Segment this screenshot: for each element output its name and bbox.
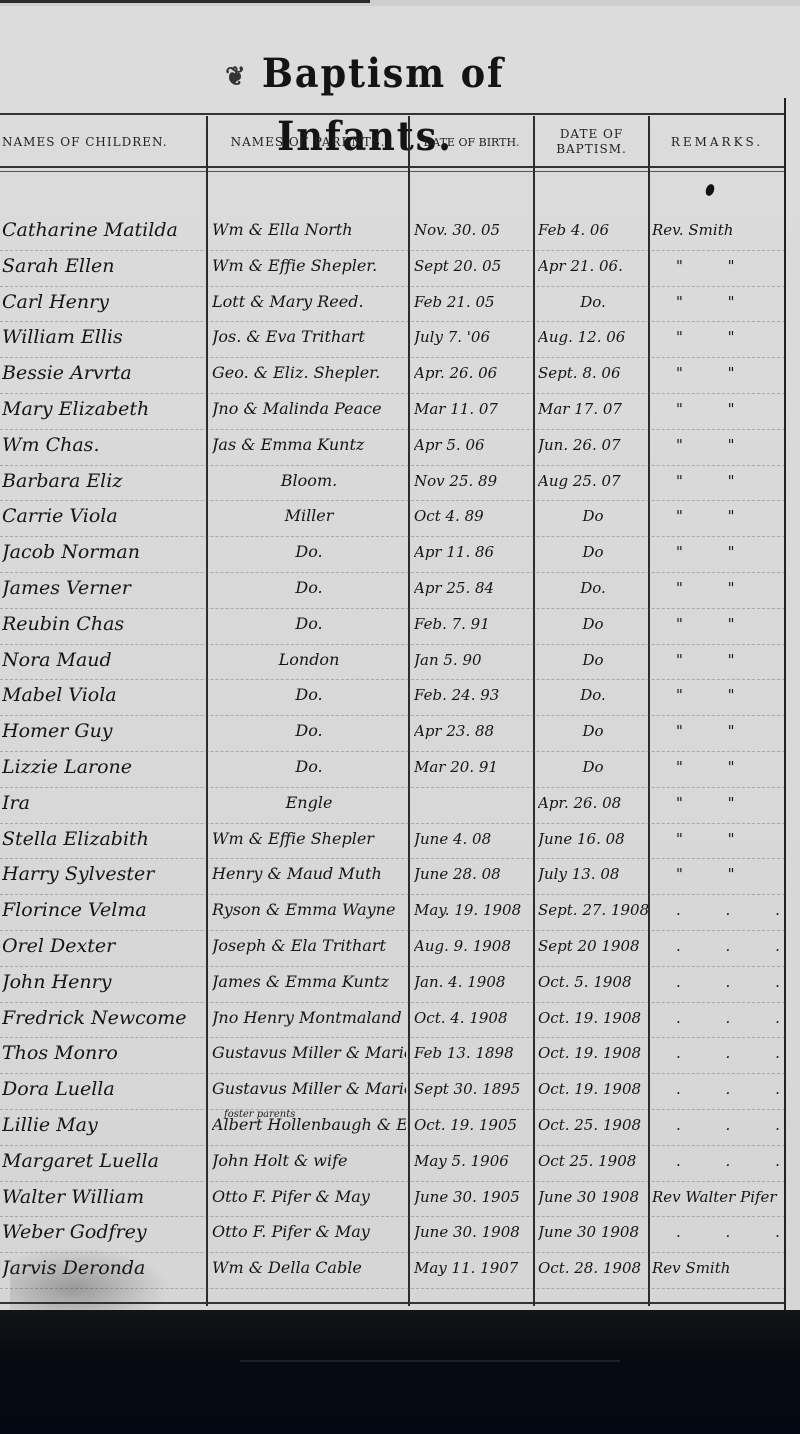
- remarks: " ": [652, 680, 800, 714]
- table-row: Lizzie LaroneDo.Mar 20. 91Do" ": [0, 752, 785, 788]
- table-row: Reubin ChasDo.Feb. 7. 91Do" ": [0, 609, 785, 645]
- child-name: Margaret Luella: [2, 1146, 206, 1180]
- baptism-date: June 30 1908: [538, 1217, 648, 1251]
- scan-smudge: [10, 1246, 170, 1316]
- parents-name: Wm & Effie Shepler: [212, 824, 406, 858]
- baptism-date: Jun. 26. 07: [538, 430, 648, 464]
- birth-date: Oct. 4. 1908: [414, 1003, 532, 1037]
- table-row: Lillie MayAlbert Hollenbaugh & EffieOct.…: [0, 1110, 785, 1146]
- child-name: Mabel Viola: [2, 680, 206, 714]
- baptism-date: Apr. 26. 08: [538, 788, 648, 822]
- birth-date: Apr 25. 84: [414, 573, 532, 607]
- parents-name: Gustavus Miller & Marie: [212, 1074, 406, 1108]
- table-row: John HenryJames & Emma KuntzJan. 4. 1908…: [0, 967, 785, 1003]
- birth-date: Feb. 24. 93: [414, 680, 532, 714]
- baptism-date: Sept. 8. 06: [538, 358, 648, 392]
- birth-date: Oct 4. 89: [414, 501, 532, 535]
- birth-date: Nov. 30. 05: [414, 215, 532, 249]
- birth-date: May 5. 1906: [414, 1146, 532, 1180]
- baptism-date: Oct. 28. 1908: [538, 1253, 648, 1287]
- foster-parents-note: foster parents: [224, 1110, 295, 1120]
- parents-name: Jno Henry Montmaland: [212, 1003, 406, 1037]
- parents-name: James & Emma Kuntz: [212, 967, 406, 1001]
- table-row: Mary ElizabethJno & Malinda PeaceMar 11.…: [0, 394, 785, 430]
- parents-name: Lott & Mary Reed.: [212, 287, 406, 321]
- baptism-date: Mar 17. 07: [538, 394, 648, 428]
- parents-name: Henry & Maud Muth: [212, 859, 406, 893]
- page-title: ❦ Baptism of Infants.: [149, 44, 581, 104]
- parents-name: Do.: [212, 716, 406, 750]
- remarks: Rev Smith: [652, 1253, 784, 1287]
- table-row: Thos MonroGustavus Miller & MarieFeb 13.…: [0, 1038, 785, 1074]
- birth-date: Sept 20. 05: [414, 251, 532, 285]
- birth-date: July 7. '06: [414, 322, 532, 356]
- ornament-icon: ❦: [225, 62, 247, 92]
- baptism-date: Do: [538, 716, 648, 750]
- parents-name: Otto F. Pifer & May: [212, 1182, 406, 1216]
- table-row: Wm Chas.Jas & Emma KuntzApr 5. 06Jun. 26…: [0, 430, 785, 466]
- remarks: . . . .: [652, 1074, 800, 1108]
- baptism-date: Oct. 25. 1908: [538, 1110, 648, 1144]
- table-row: Margaret LuellaJohn Holt & wifeMay 5. 19…: [0, 1146, 785, 1182]
- remarks: " ": [652, 645, 800, 679]
- register-page: ❦ Baptism of Infants. NAMES OF CHILDREN.…: [0, 6, 800, 1311]
- remarks: " ": [652, 537, 800, 571]
- baptism-date: Do: [538, 609, 648, 643]
- child-name: Walter William: [2, 1182, 206, 1216]
- birth-date: [414, 788, 532, 822]
- baptism-date: June 30 1908: [538, 1182, 648, 1216]
- remarks: " ": [652, 251, 800, 285]
- remarks: " ": [652, 394, 800, 428]
- birth-date: June 30. 1908: [414, 1217, 532, 1251]
- child-name: Reubin Chas: [2, 609, 206, 643]
- child-name: Stella Elizabith: [2, 824, 206, 858]
- remarks: " ": [652, 287, 800, 321]
- parents-name: Jas & Emma Kuntz: [212, 430, 406, 464]
- remarks: . . . .: [652, 1038, 800, 1072]
- table-row: Harry SylvesterHenry & Maud MuthJune 28.…: [0, 859, 785, 895]
- table-row: Nora MaudLondonJan 5. 90Do" ": [0, 645, 785, 681]
- header-rule-bottom-thin: [0, 171, 785, 172]
- table-row: IraEngleApr. 26. 08" ": [0, 788, 785, 824]
- parents-name: Do.: [212, 752, 406, 786]
- column-header-baptism: DATE OF BAPTISM.: [535, 118, 648, 166]
- child-name: Thos Monro: [2, 1038, 206, 1072]
- baptism-date: Apr 21. 06.: [538, 251, 648, 285]
- header-rule-bottom: [0, 166, 785, 168]
- parents-name: Ryson & Emma Wayne: [212, 895, 406, 929]
- table-row: Walter WilliamOtto F. Pifer & MayJune 30…: [0, 1182, 785, 1218]
- birth-date: Feb 21. 05: [414, 287, 532, 321]
- parents-name: Wm & Effie Shepler.: [212, 251, 406, 285]
- parents-name: Jno & Malinda Peace: [212, 394, 406, 428]
- parents-name: Engle: [212, 788, 406, 822]
- column-header-remarks: REMARKS.: [650, 118, 784, 166]
- birth-date: Feb 13. 1898: [414, 1038, 532, 1072]
- birth-date: Jan 5. 90: [414, 645, 532, 679]
- remarks: " ": [652, 430, 800, 464]
- child-name: Homer Guy: [2, 716, 206, 750]
- remarks: " ": [652, 788, 800, 822]
- child-name: Wm Chas.: [2, 430, 206, 464]
- baptism-date: Do.: [538, 287, 648, 321]
- table-row: William EllisJos. & Eva TrithartJuly 7. …: [0, 322, 785, 358]
- birth-date: Feb. 7. 91: [414, 609, 532, 643]
- baptism-date: July 13. 08: [538, 859, 648, 893]
- header-rule-top: [0, 113, 785, 115]
- table-row: Orel DexterJoseph & Ela TrithartAug. 9. …: [0, 931, 785, 967]
- baptism-date: Do: [538, 537, 648, 571]
- remarks: Rev Walter Pifer: [652, 1182, 784, 1216]
- birth-date: June 28. 08: [414, 859, 532, 893]
- table-row: Carrie ViolaMillerOct 4. 89Do" ": [0, 501, 785, 537]
- remarks: " ": [652, 609, 800, 643]
- child-name: Lillie May: [2, 1110, 206, 1144]
- parents-name: Joseph & Ela Trithart: [212, 931, 406, 965]
- child-name: Nora Maud: [2, 645, 206, 679]
- parents-name: London: [212, 645, 406, 679]
- remarks: . . . .: [652, 1110, 800, 1144]
- birth-date: Apr. 26. 06: [414, 358, 532, 392]
- child-name: William Ellis: [2, 322, 206, 356]
- birth-date: Mar 11. 07: [414, 394, 532, 428]
- column-header-birth: DATE OF BIRTH.: [410, 118, 533, 166]
- parents-name: Miller: [212, 501, 406, 535]
- child-name: Mary Elizabeth: [2, 394, 206, 428]
- table-row: Bessie ArvrtaGeo. & Eliz. Shepler.Apr. 2…: [0, 358, 785, 394]
- remarks: . . . .: [652, 967, 800, 1001]
- baptism-date: Aug 25. 07: [538, 466, 648, 500]
- table-row: Fredrick NewcomeJno Henry MontmalandOct.…: [0, 1003, 785, 1039]
- baptism-date: Do: [538, 501, 648, 535]
- register-entries: Catharine MatildaWm & Ella NorthNov. 30.…: [0, 215, 785, 1289]
- birth-date: Apr 23. 88: [414, 716, 532, 750]
- table-row: Catharine MatildaWm & Ella NorthNov. 30.…: [0, 215, 785, 251]
- child-name: Fredrick Newcome: [2, 1003, 206, 1037]
- column-header-baptism-text: DATE OF BAPTISM.: [552, 127, 632, 157]
- baptism-date: Do: [538, 752, 648, 786]
- parents-name: Otto F. Pifer & May: [212, 1217, 406, 1251]
- child-name: Ira: [2, 788, 206, 822]
- birth-date: Mar 20. 91: [414, 752, 532, 786]
- table-row: Dora LuellaGustavus Miller & MarieSept 3…: [0, 1074, 785, 1110]
- column-header-parents: NAMES OF PARENTS.: [208, 118, 408, 166]
- remarks: . . . .: [652, 931, 800, 965]
- child-name: Sarah Ellen: [2, 251, 206, 285]
- birth-date: May 11. 1907: [414, 1253, 532, 1287]
- baptism-date: Oct. 19. 1908: [538, 1003, 648, 1037]
- parents-name: Wm & Della Cable: [212, 1253, 406, 1287]
- baptism-date: Oct. 19. 1908: [538, 1038, 648, 1072]
- baptism-date: Do: [538, 645, 648, 679]
- birth-date: Jan. 4. 1908: [414, 967, 532, 1001]
- child-name: John Henry: [2, 967, 206, 1001]
- baptism-date: Do.: [538, 680, 648, 714]
- table-row: Barbara ElizBloom.Nov 25. 89Aug 25. 07" …: [0, 466, 785, 502]
- child-name: Carl Henry: [2, 287, 206, 321]
- baptism-date: Sept. 27. 1908: [538, 895, 648, 929]
- baptism-date: Oct 25. 1908: [538, 1146, 648, 1180]
- birth-date: June 4. 08: [414, 824, 532, 858]
- table-row: Florince VelmaRyson & Emma WayneMay. 19.…: [0, 895, 785, 931]
- parents-name: Do.: [212, 573, 406, 607]
- birth-date: Oct. 19. 1905: [414, 1110, 532, 1144]
- parents-name: Do.: [212, 537, 406, 571]
- table-row: Stella ElizabithWm & Effie SheplerJune 4…: [0, 824, 785, 860]
- remarks: " ": [652, 824, 800, 858]
- remarks: " ": [652, 358, 800, 392]
- child-name: Catharine Matilda: [2, 215, 206, 249]
- child-name: Jacob Norman: [2, 537, 206, 571]
- column-header-children: NAMES OF CHILDREN.: [0, 118, 206, 166]
- remarks: " ": [652, 573, 800, 607]
- scan-black-margin: [0, 1310, 800, 1434]
- birth-date: Apr 11. 86: [414, 537, 532, 571]
- parents-name: John Holt & wife: [212, 1146, 406, 1180]
- child-name: Bessie Arvrta: [2, 358, 206, 392]
- child-name: Orel Dexter: [2, 931, 206, 965]
- table-row: Sarah EllenWm & Effie Shepler.Sept 20. 0…: [0, 251, 785, 287]
- remarks: . . . .: [652, 1146, 800, 1180]
- child-name: Lizzie Larone: [2, 752, 206, 786]
- remarks: " ": [652, 716, 800, 750]
- child-name: Dora Luella: [2, 1074, 206, 1108]
- table-row: James VernerDo.Apr 25. 84Do." ": [0, 573, 785, 609]
- parents-name: Do.: [212, 609, 406, 643]
- table-row: Carl HenryLott & Mary Reed.Feb 21. 05Do.…: [0, 287, 785, 323]
- baptism-date: Sept 20 1908: [538, 931, 648, 965]
- remarks: . . . .: [652, 895, 800, 929]
- birth-date: Aug. 9. 1908: [414, 931, 532, 965]
- remarks: " ": [652, 322, 800, 356]
- birth-date: Sept 30. 1895: [414, 1074, 532, 1108]
- remarks: " ": [652, 501, 800, 535]
- parents-name: Geo. & Eliz. Shepler.: [212, 358, 406, 392]
- child-name: Harry Sylvester: [2, 859, 206, 893]
- remarks: . . . .: [652, 1003, 800, 1037]
- remarks: Rev. Smith: [652, 215, 784, 249]
- parents-name: Bloom.: [212, 466, 406, 500]
- child-name: James Verner: [2, 573, 206, 607]
- birth-date: Apr 5. 06: [414, 430, 532, 464]
- table-row: Jacob NormanDo.Apr 11. 86Do" ": [0, 537, 785, 573]
- child-name: Carrie Viola: [2, 501, 206, 535]
- parents-name: Wm & Ella North: [212, 215, 406, 249]
- baptism-date: Oct. 19. 1908: [538, 1074, 648, 1108]
- baptism-date: Do.: [538, 573, 648, 607]
- remarks: " ": [652, 466, 800, 500]
- child-name: Florince Velma: [2, 895, 206, 929]
- parents-name: Gustavus Miller & Marie: [212, 1038, 406, 1072]
- child-name: Barbara Eliz: [2, 466, 206, 500]
- birth-date: Nov 25. 89: [414, 466, 532, 500]
- parents-name: Jos. & Eva Trithart: [212, 322, 406, 356]
- table-row: Homer GuyDo.Apr 23. 88Do" ": [0, 716, 785, 752]
- parents-name: Do.: [212, 680, 406, 714]
- baptism-date: June 16. 08: [538, 824, 648, 858]
- table-row: Mabel ViolaDo.Feb. 24. 93Do." ": [0, 680, 785, 716]
- remarks: " ": [652, 859, 800, 893]
- baptism-date: Oct. 5. 1908: [538, 967, 648, 1001]
- remarks: . . . .: [652, 1217, 800, 1251]
- birth-date: May. 19. 1908: [414, 895, 532, 929]
- ink-blot: [704, 183, 716, 197]
- birth-date: June 30. 1905: [414, 1182, 532, 1216]
- baptism-date: Feb 4. 06: [538, 215, 648, 249]
- remarks: " ": [652, 752, 800, 786]
- baptism-date: Aug. 12. 06: [538, 322, 648, 356]
